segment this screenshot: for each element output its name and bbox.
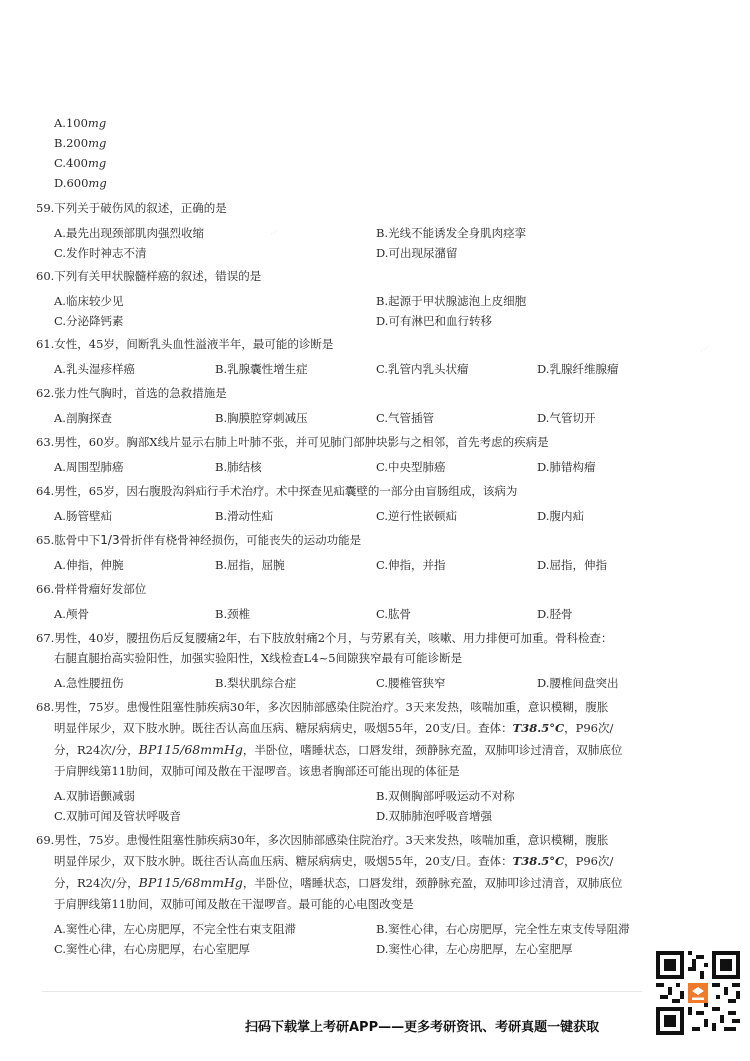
watermark: ⋯ [698, 343, 711, 356]
q66-option-d: D.胫骨 [537, 606, 572, 622]
q66-option-b: B.颈椎 [215, 606, 250, 622]
q61-option-a: A.乳头湿疹样癌 [54, 361, 135, 377]
q60-option-b: B.起源于甲状腺滤泡上皮细胞 [376, 293, 526, 309]
q68-stem-line4: 于肩胛线第11肋间，双肺可闻及散在干湿啰音。该患者胸部还可能出现的体征是 [54, 763, 460, 779]
q63-option-d: D.肺错构瘤 [537, 459, 595, 475]
q64-option-c: C.逆行性嵌顿疝 [376, 508, 457, 524]
q63-option-c: C.中央型肺癌 [376, 459, 446, 475]
q62-option-d: D.气管切开 [537, 410, 595, 426]
q66-option-a: A.颅骨 [54, 606, 89, 622]
q61-option-d: D.乳腺纤维腺瘤 [537, 361, 618, 377]
q67-option-a: A.急性腰扭伤 [54, 675, 123, 691]
q69-option-d: D.窦性心律，左心房肥厚，左心室肥厚 [376, 941, 572, 957]
q69-option-a: A.窦性心律，左心房肥厚，不完全性右束支阻滞 [54, 921, 296, 937]
q58-option-a: A.100mg [54, 115, 106, 131]
q60-stem: 60.下列有关甲状腺髓样癌的叙述，错误的是 [36, 268, 261, 284]
q60-option-a: A.临床较少见 [54, 293, 123, 309]
q68-stem-line3: 分，R24次/分，BP115/68mmHg，半卧位，嗜睡状态，口唇发绀，颈静脉充… [54, 742, 622, 758]
q67-stem-line2: 右腿直腿抬高实验阳性，加强实验阳性，X线检查L4~5间隙狭窄最有可能诊断是 [54, 650, 462, 666]
q59-stem: 59.下列关于破伤风的叙述，正确的是 [36, 200, 227, 216]
qr-code-icon [656, 951, 740, 1035]
q64-option-d: D.腹内疝 [537, 508, 584, 524]
q68-stem-line2: 明显伴尿少，双下肢水肿。既往否认高血压病、糖尿病病史，吸烟55年，20支/日。查… [54, 720, 613, 736]
q68-option-a: A.双肺语颤减弱 [54, 788, 135, 804]
q69-stem-line1: 69.男性，75岁。患慢性阻塞性肺疾病30年，多次因肺部感染住院治疗。3天来发热… [36, 832, 608, 848]
q65-option-b: B.屈指，屈腕 [215, 557, 285, 573]
q69-stem-line2: 明显伴尿少，双下肢水肿。既往否认高血压病、糖尿病病史，吸烟55年，20支/日。查… [54, 853, 613, 869]
footer-divider [42, 991, 642, 992]
q67-stem-line1: 67.男性，40岁，腰扭伤后反复腰痛2年，右下肢放射痛2个月，与劳累有关，咳嗽、… [36, 630, 613, 646]
q60-option-c: C.分泌降钙素 [54, 313, 124, 329]
q58-option-d: D.600mg [54, 175, 107, 191]
q66-stem: 66.骨样骨瘤好发部位 [36, 581, 146, 597]
q64-option-a: A.肠管壁疝 [54, 508, 112, 524]
q61-option-b: B.乳腺囊性增生症 [215, 361, 308, 377]
q67-option-d: D.腰椎间盘突出 [537, 675, 618, 691]
q59-option-d: D.可出现尿潴留 [376, 245, 457, 261]
q59-option-c: C.发作时神志不清 [54, 245, 147, 261]
q65-stem: 65.肱骨中下1/3骨折伴有桡骨神经损伤，可能丧失的运动功能是 [36, 532, 361, 548]
q69-option-b: B.窦性心律，右心房肥厚，完全性左束支传导阻滞 [376, 921, 630, 937]
footer-promo-text: 扫码下载掌上考研APP——更多考研资讯、考研真题一键获取 [245, 1016, 599, 1035]
q68-option-b: B.双侧胸部呼吸运动不对称 [376, 788, 515, 804]
q64-option-b: B.滑动性疝 [215, 508, 273, 524]
q62-option-c: C.气管插管 [376, 410, 434, 426]
q62-option-b: B.胸膜腔穿刺减压 [215, 410, 308, 426]
q65-option-c: C.伸指，并指 [376, 557, 446, 573]
q59-option-a: A.最先出现颈部肌肉强烈收缩 [54, 225, 204, 241]
q68-stem-line1: 68.男性，75岁。患慢性阻塞性肺疾病30年，多次因肺部感染住院治疗。3天来发热… [36, 699, 608, 715]
q59-option-b: B.光线不能诱发全身肌肉痉挛 [376, 225, 526, 241]
q63-option-b: B.肺结核 [215, 459, 262, 475]
q69-stem-line3: 分，R24次/分，BP115/68mmHg，半卧位，嗜睡状态，口唇发绀，颈静脉充… [54, 875, 622, 891]
q58-option-b: B.200mg [54, 135, 106, 151]
q62-stem: 62.张力性气胸时，首选的急救措施是 [36, 385, 227, 401]
q58-option-c: C.400mg [54, 155, 106, 171]
q68-option-d: D.双肺肺泡呼吸音增强 [376, 808, 492, 824]
q69-stem-line4: 于肩胛线第11肋间，双肺可闻及散在干湿啰音。最可能的心电图改变是 [54, 896, 414, 912]
q61-option-c: C.乳管内乳头状瘤 [376, 361, 469, 377]
q60-option-d: D.可有淋巴和血行转移 [376, 313, 492, 329]
q65-option-a: A.伸指，伸腕 [54, 557, 123, 573]
q64-stem: 64.男性，65岁，因右腹股沟斜疝行手术治疗。术中探查见疝囊壁的一部分由盲肠组成… [36, 483, 517, 499]
q62-option-a: A.剖胸探查 [54, 410, 112, 426]
q66-option-c: C.肱骨 [376, 606, 411, 622]
q63-option-a: A.周围型肺癌 [54, 459, 123, 475]
watermark: ⋯ [268, 226, 281, 239]
q65-option-d: D.屈指，伸指 [537, 557, 607, 573]
q67-option-b: B.梨状肌综合症 [215, 675, 296, 691]
q63-stem: 63.男性，60岁。胸部X线片显示右肺上叶肺不张，并可见肺门部肿块影与之相邻，首… [36, 434, 549, 450]
q68-option-c: C.双肺可闻及管状呼吸音 [54, 808, 181, 824]
exam-page: A.100mg B.200mg C.400mg D.600mg 59.下列关于破… [0, 0, 750, 1061]
q61-stem: 61.女性，45岁，间断乳头血性溢液半年，最可能的诊断是 [36, 336, 333, 352]
qr-code[interactable] [656, 951, 740, 1035]
q69-option-c: C.窦性心律，右心房肥厚，右心室肥厚 [54, 941, 250, 957]
q67-option-c: C.腰椎管狭窄 [376, 675, 446, 691]
